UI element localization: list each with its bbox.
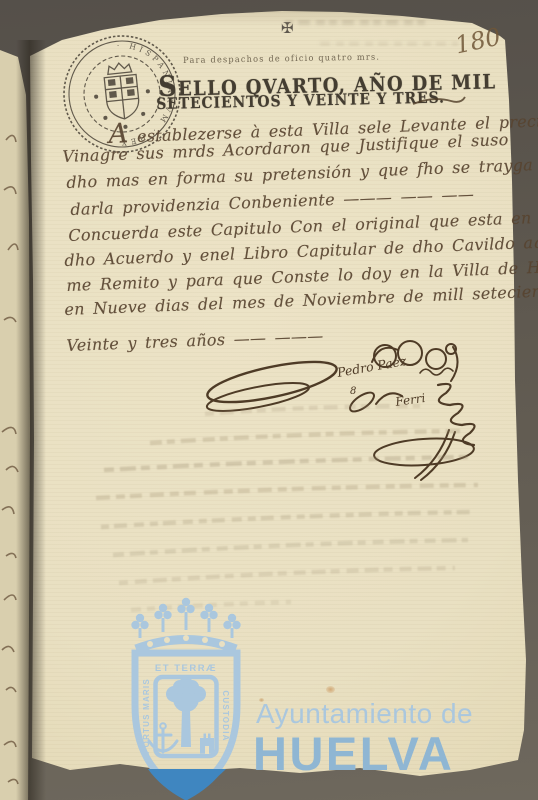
huelva-coat-of-arms: ET TERRÆ PORTUS MARIS CUSTODIA — [131, 598, 240, 795]
watermark-org-name: Ayuntamiento de — [256, 698, 473, 729]
tree-icon — [166, 676, 206, 747]
shield-motto-top: ET TERRÆ — [155, 663, 217, 674]
castle-icon — [200, 734, 214, 755]
huelva-watermark: ET TERRÆ PORTUS MARIS CUSTODIA — [0, 0, 538, 800]
crown-icon — [131, 598, 240, 649]
shield-motto-right: CUSTODIA — [221, 690, 230, 741]
watermark-city-name: HUELVA — [253, 727, 454, 780]
document-scan: · HISPANIARVM · REX · ✠ 180 Para despach… — [0, 0, 538, 800]
anchor-icon — [149, 723, 177, 752]
